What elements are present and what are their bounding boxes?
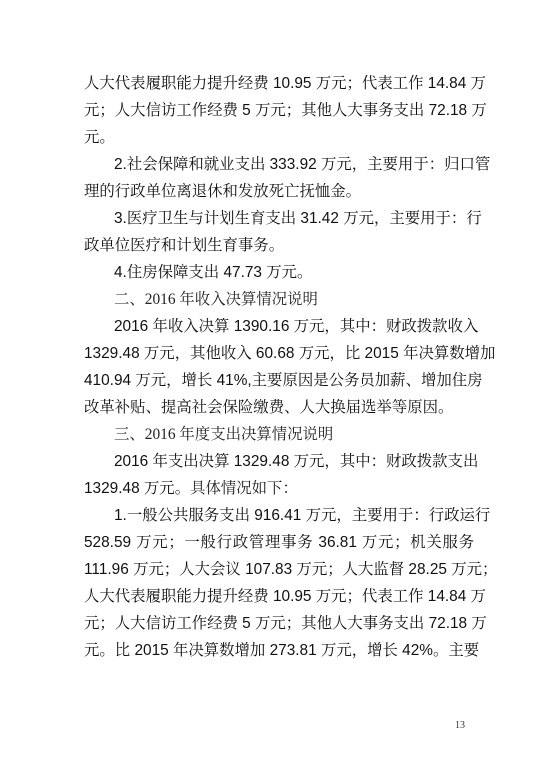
paragraph-text: 1329.48 万元。 [84,480,190,497]
paragraph-line: 元；人大信访工作经费 5 万元；其他人大事务支出 72.18 万 [84,610,474,637]
paragraph-line: 元。 [84,124,474,151]
document-body: 人大代表履职能力提升经费 10.95 万元；代表工作 14.84 万 元；人大信… [84,70,474,664]
paragraph-line: 1329.48 万元，其他收入 60.68 万元，比 2015 年决算数增加 [84,340,474,367]
paragraph-line: 2016 年支出决算 1329.48 万元，其中：财政拨款支出 [84,448,474,475]
paragraph-line: 1.一般公共服务支出 916.41 万元，主要用于：行政运行 [84,502,474,529]
page-number: 13 [455,720,465,731]
paragraph-line: 元；人大信访工作经费 5 万元；其他人大事务支出 72.18 万 [84,97,474,124]
paragraph-line: 政单位医疗和计划生育事务。 [84,232,474,259]
paragraph-line: 4.住房保障支出 47.73 万元。 [84,259,474,286]
paragraph-text: 具体情况如下： [190,480,298,497]
paragraph-line: 人大代表履职能力提升经费 10.95 万元；代表工作 14.84 万 [84,70,474,97]
paragraph-line: 2.社会保障和就业支出 333.92 万元，主要用于：归口管 [84,151,474,178]
paragraph-line: 2016 年收入决算 1390.16 万元，其中：财政拨款收入 [84,313,474,340]
section-heading-income: 二、2016 年收入决算情况说明 [84,286,474,313]
paragraph-line: 111.96 万元；人大会议 107.83 万元；人大监督 28.25 万元； [84,556,474,583]
document-page: 人大代表履职能力提升经费 10.95 万元；代表工作 14.84 万 元；人大信… [0,0,550,778]
paragraph-line: 理的行政单位离退休和发放死亡抚恤金。 [84,178,474,205]
section-heading-expenditure: 三、2016 年度支出决算情况说明 [84,421,474,448]
paragraph-line: 改革补贴、提高社会保险缴费、人大换届选举等原因。 [84,394,474,421]
paragraph-line: 528.59 万元；一般行政管理事务 36.81 万元；机关服务 [84,529,474,556]
paragraph-line: 人大代表履职能力提升经费 10.95 万元；代表工作 14.84 万 [84,583,474,610]
paragraph-line: 1329.48 万元。具体情况如下： [84,475,474,502]
paragraph-line: 3.医疗卫生与计划生育支出 31.42 万元，主要用于：行 [84,205,474,232]
paragraph-line: 元。比 2015 年决算数增加 273.81 万元，增长 42%。主要 [84,637,474,664]
paragraph-line: 410.94 万元，增长 41%,主要原因是公务员加薪、增加住房 [84,367,474,394]
